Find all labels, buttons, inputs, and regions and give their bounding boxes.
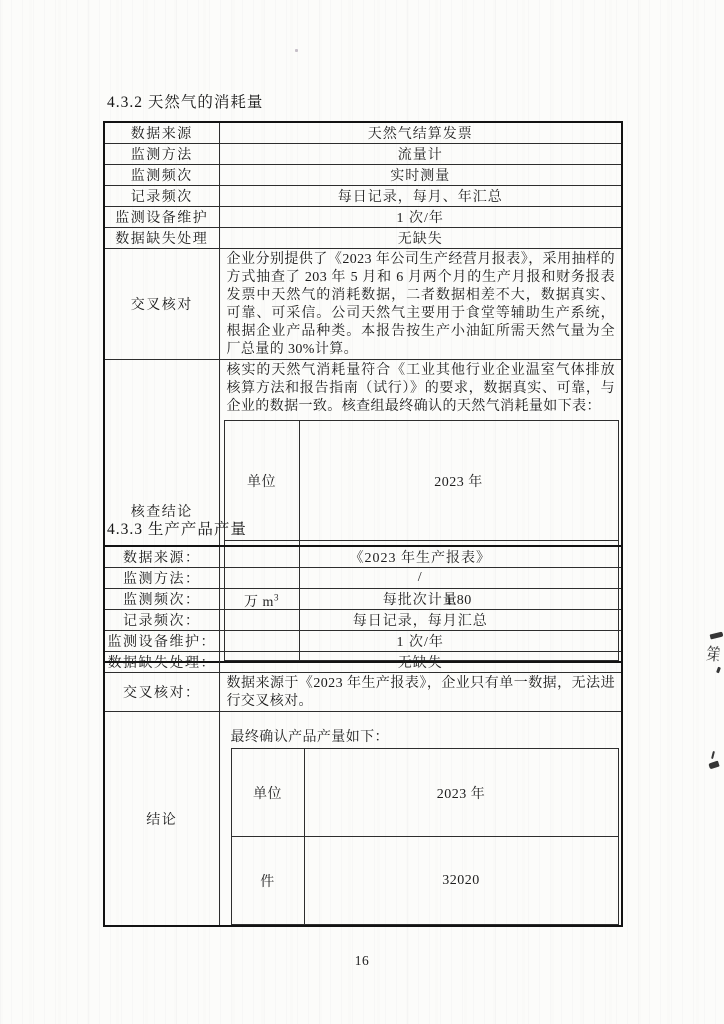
table-row: 数据来源 天然气结算发票	[104, 122, 622, 144]
conclusion-paragraph: 核实的天然气消耗量符合《工业其他行业企业温室气体排放核算方法和报告指南（试行）》…	[220, 360, 622, 416]
row-value: 流量计	[219, 144, 622, 165]
row-value: 每日记录，每月、年汇总	[219, 186, 622, 207]
table-row: 监测方法： /	[104, 568, 622, 589]
cross-check-text-cell: 数据来源于《2023 年生产报表》，企业只有单一数据，无法进行交叉核对。	[219, 673, 622, 712]
conclusion-content-cell: 最终确认产品产量如下： 单位 2023 年 件 32020	[219, 712, 622, 927]
row-label: 数据缺失处理	[104, 228, 219, 249]
table-row: 记录频次 每日记录，每月、年汇总	[104, 186, 622, 207]
row-value: 天然气结算发票	[219, 122, 622, 144]
row-value: 无缺失	[219, 228, 622, 249]
row-value: 实时测量	[219, 165, 622, 186]
unit-header: 单位	[231, 749, 304, 837]
row-label: 交叉核对：	[104, 673, 219, 712]
row-label: 监测频次：	[104, 589, 219, 610]
table-row: 单位 2023 年	[224, 421, 618, 541]
row-value: 1 次/年	[219, 207, 622, 228]
product-output-value: 32020	[304, 837, 618, 925]
ink-smudge-bottom	[708, 761, 719, 770]
cross-check-text-cell: 企业分别提供了《2023 年公司生产经营月报表》，采用抽样的方式抽查了 203 …	[219, 249, 622, 360]
table-row: 监测方法 流量计	[104, 144, 622, 165]
table-row: 件 32020	[231, 837, 618, 925]
table-row: 数据来源： 《2023 年生产报表》	[104, 546, 622, 568]
table-row: 监测设备维护： 1 次/年	[104, 631, 622, 652]
row-value: 每批次计量	[219, 589, 622, 610]
table-row: 监测设备维护 1 次/年	[104, 207, 622, 228]
cross-check-row: 交叉核对： 数据来源于《2023 年生产报表》，企业只有单一数据，无法进行交叉核…	[104, 673, 622, 712]
ink-tick-lower	[711, 751, 715, 759]
row-label: 结论	[104, 712, 219, 927]
row-label: 监测设备维护：	[104, 631, 219, 652]
table-row: 监测频次 实时测量	[104, 165, 622, 186]
page-number: 16	[0, 953, 724, 969]
row-label: 记录频次：	[104, 610, 219, 631]
cross-check-row: 交叉核对 企业分别提供了《2023 年公司生产经营月报表》，采用抽样的方式抽查了…	[104, 249, 622, 360]
row-label: 交叉核对	[104, 249, 219, 360]
product-output-table: 数据来源： 《2023 年生产报表》 监测方法： / 监测频次： 每批次计量 记…	[103, 545, 623, 927]
conclusion-intro: 最终确认产品产量如下：	[220, 729, 622, 746]
row-value: 《2023 年生产报表》	[219, 546, 622, 568]
table-row: 记录频次： 每日记录，每月汇总	[104, 610, 622, 631]
conclusion-row: 结论 最终确认产品产量如下： 单位 2023 年 件 32020	[104, 712, 622, 927]
row-label: 监测频次	[104, 165, 219, 186]
scan-speck	[295, 49, 298, 52]
ink-glyph-mark: 第	[705, 641, 721, 668]
row-label: 数据来源	[104, 122, 219, 144]
cross-check-paragraph: 数据来源于《2023 年生产报表》，企业只有单一数据，无法进行交叉核对。	[220, 673, 622, 711]
row-value: 每日记录，每月汇总	[219, 610, 622, 631]
row-label: 记录频次	[104, 186, 219, 207]
year-header: 2023 年	[304, 749, 618, 837]
row-value: /	[219, 568, 622, 589]
row-label: 监测方法	[104, 144, 219, 165]
document-page: 4.3.2 天然气的消耗量 数据来源 天然气结算发票 监测方法 流量计 监测频次…	[0, 0, 724, 1024]
row-label: 数据来源：	[104, 546, 219, 568]
section-heading-4-3-3: 4.3.3 生产产品产量	[107, 517, 247, 539]
row-value: 无缺失	[219, 652, 622, 673]
table-row: 数据缺失处理： 无缺失	[104, 652, 622, 673]
ink-tick-upper	[716, 667, 721, 674]
year-header: 2023 年	[299, 421, 618, 541]
table-row: 监测频次： 每批次计量	[104, 589, 622, 610]
table-row: 数据缺失处理 无缺失	[104, 228, 622, 249]
section-heading-4-3-2: 4.3.2 天然气的消耗量	[107, 90, 263, 112]
row-value: 1 次/年	[219, 631, 622, 652]
table-row: 单位 2023 年	[231, 749, 618, 837]
row-label: 监测方法：	[104, 568, 219, 589]
product-output-summary-table: 单位 2023 年 件 32020	[231, 748, 619, 925]
ink-smudge-top	[710, 632, 724, 640]
row-label: 监测设备维护	[104, 207, 219, 228]
cross-check-paragraph: 企业分别提供了《2023 年公司生产经营月报表》，采用抽样的方式抽查了 203 …	[220, 249, 622, 359]
unit-cell: 件	[231, 837, 304, 925]
row-label: 数据缺失处理：	[104, 652, 219, 673]
